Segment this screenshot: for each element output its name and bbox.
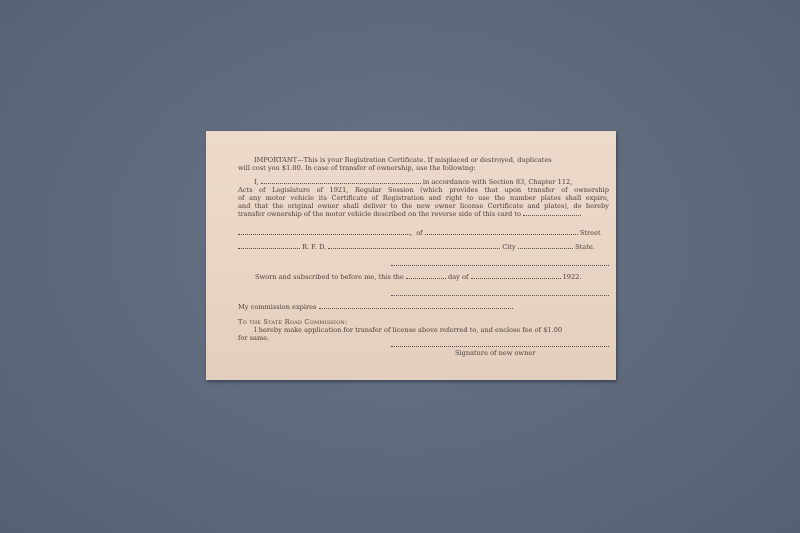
city-field[interactable] [518,243,573,249]
application-line-1: I hereby make application for transfer o… [254,326,562,334]
commission-label: My commission expires [238,303,316,311]
transfer-line-3: of any motor vehicle its Certificate of … [238,194,609,202]
oath-line: Sworn and subscribed to before me, this … [255,273,582,281]
address-line-1: , of Street [238,229,601,237]
rfd-number-field[interactable] [238,243,300,249]
transfer-line-4: and that the original owner shall delive… [238,202,609,210]
year-label: 1922. [563,273,582,281]
owner-signature-line[interactable] [391,265,609,266]
transfer-line-1: I, in accordance with Section 83, Chapte… [254,178,607,186]
street-field[interactable] [425,229,578,235]
transfer-line-2: Acts of Legislature of 1921, Regular Ses… [238,186,609,194]
new-owner-field[interactable] [523,210,581,216]
sworn-text: Sworn and subscribed to before me, this … [255,273,404,281]
transfer-line-1-suffix: in accordance with Section 83, Chapter 1… [423,178,572,186]
day-of-label: day of [448,273,468,281]
notary-signature-line[interactable] [391,295,609,296]
registration-certificate-card: IMPORTANT—This is your Registration Cert… [206,131,616,380]
signature-label: Signature of new owner [455,349,535,357]
new-owner-signature-line[interactable] [391,346,609,347]
month-field[interactable] [471,273,561,279]
of-label: of [416,229,422,237]
transfer-line-5: transfer ownership of the motor vehicle … [238,210,581,218]
rfd-field[interactable] [328,243,500,249]
application-line-2: for same. [238,334,269,342]
seller-name-field[interactable] [261,178,421,184]
commission-line: My commission expires [238,303,513,311]
day-field[interactable] [406,273,446,279]
important-notice-line-1: IMPORTANT—This is your Registration Cert… [254,156,552,164]
new-owner-name-field[interactable] [238,229,410,235]
state-label: State. [575,243,595,251]
transfer-i-label: I, [254,178,259,186]
commission-expiry-field[interactable] [319,303,513,309]
street-label: Street [580,229,601,237]
address-line-2: R. F. D. City State. [238,243,595,251]
transfer-line-5-text: transfer ownership of the motor vehicle … [238,210,521,218]
important-notice-line-2: will cost you $1.00. In case of transfer… [238,164,476,172]
city-label: City [502,243,516,251]
addressee-line: To the State Road Commission: [238,318,347,326]
rfd-label: R. F. D. [302,243,326,251]
